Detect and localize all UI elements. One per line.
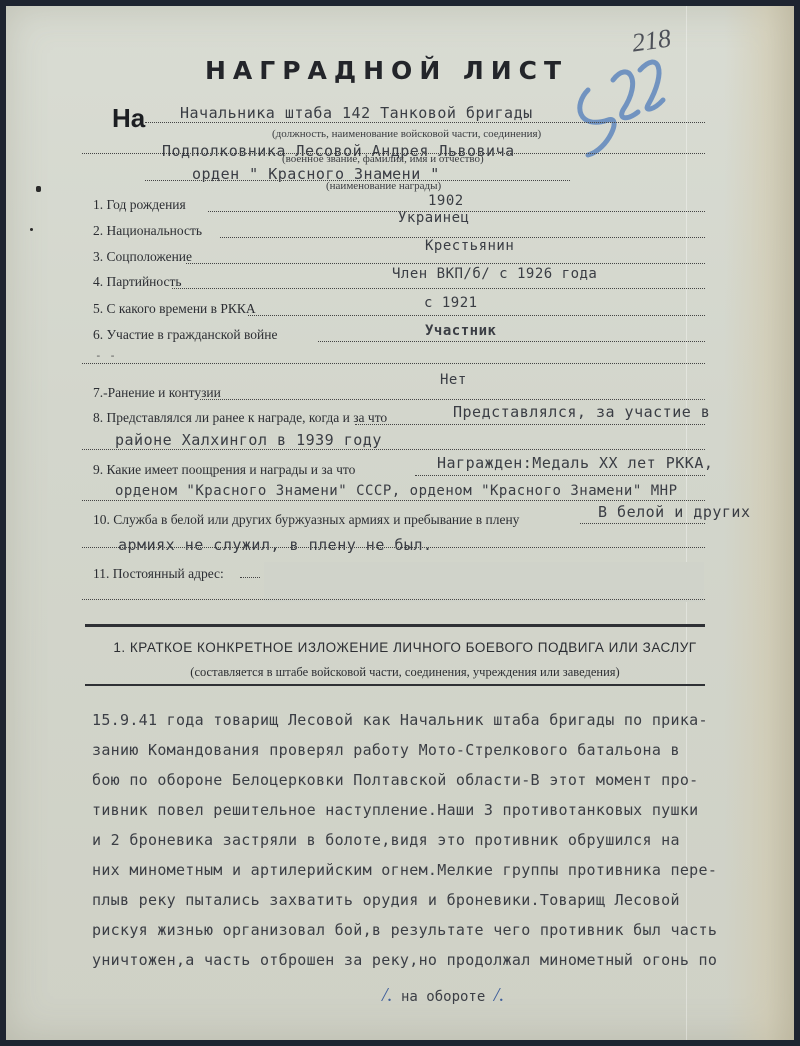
field-label: 3. Соцположение — [93, 249, 192, 265]
section-bottom-rule — [85, 684, 705, 686]
field-continuation: армиях не служил, в плену не был. — [118, 536, 433, 554]
narrative-line: рискуя жизнью организовал бой,в результа… — [92, 921, 717, 939]
narrative-line: тивник повел решительное наступление.Наш… — [92, 801, 699, 819]
redacted-address-block — [264, 562, 704, 602]
field-label: 10. Служба в белой или других буржуазных… — [93, 512, 519, 528]
continued-overleaf-note: /. на обороте /. — [382, 984, 504, 1007]
field-line — [186, 263, 705, 264]
narrative-line: уничтожен,а часть отброшен за реку,но пр… — [92, 951, 717, 969]
field-label: 5. С какого времени в РККА — [93, 301, 256, 317]
position-line — [145, 122, 705, 123]
blue-slash-mark-icon: /. — [494, 984, 505, 1006]
field-line — [248, 315, 705, 316]
narrative-line: занию Командования проверял работу Мото-… — [92, 741, 680, 759]
section-title: 1. КРАТКОЕ КОНКРЕТНОЕ ИЗЛОЖЕНИЕ ЛИЧНОГО … — [100, 640, 710, 655]
field-label: 2. Национальность — [93, 223, 202, 239]
field-value: 1902 — [428, 193, 464, 209]
field-value: Член ВКП/б/ с 1926 года — [392, 266, 597, 282]
position-value: Начальника штаба 142 Танковой бригады — [180, 104, 533, 122]
field-line — [318, 341, 705, 342]
position-hint: (должность, наименование войсковой части… — [272, 128, 541, 140]
section-top-rule — [85, 624, 705, 627]
overleaf-text: на обороте — [401, 989, 485, 1005]
field-line — [82, 449, 705, 450]
field-line — [355, 424, 705, 425]
document-title: НАГРАДНОЙ ЛИСТ — [205, 56, 568, 85]
field-line — [200, 399, 705, 400]
narrative-line: бою по обороне Белоцерковки Полтавской о… — [92, 771, 699, 789]
field-line — [240, 577, 260, 578]
person-hint: (военное звание, фамилия, имя и отчество… — [282, 153, 484, 165]
paper-fold-shading — [724, 6, 794, 1040]
na-label: На — [112, 103, 145, 134]
field-value: с 1921 — [424, 295, 478, 311]
field-continuation: районе Халхингол в 1939 году — [115, 431, 382, 449]
paper-hole — [36, 186, 41, 192]
field-line — [82, 500, 705, 501]
field-value: Нет — [440, 372, 467, 388]
field-label: 6. Участие в гражданской войне — [93, 327, 277, 343]
narrative-line: плыв реку пытались захватить орудия и бр… — [92, 891, 680, 909]
award-hint: (наименование награды) — [326, 180, 441, 192]
field-line — [82, 363, 705, 364]
narrative-line: и 2 броневика застряли в болоте,видя это… — [92, 831, 680, 849]
field-value: Украинец — [398, 210, 469, 226]
field-value: В белой и других — [598, 503, 751, 521]
field-label: 11. Постоянный адрес: — [93, 566, 224, 582]
field-value: Участник — [425, 323, 496, 339]
field-label: 9. Какие имеет поощрения и награды и за … — [93, 462, 355, 478]
blue-slash-mark-icon: /. — [382, 984, 393, 1006]
field-value: Представлялся, за участие в — [453, 403, 710, 421]
narrative-line: 15.9.41 года товарищ Лесовой как Начальн… — [92, 711, 708, 729]
field-label: 8. Представлялся ли ранее к награде, ког… — [93, 410, 387, 426]
field-continuation: орденом "Красного Знамени" СССР, орденом… — [115, 483, 678, 499]
field-line — [82, 599, 705, 600]
field-label: 1. Год рождения — [93, 197, 186, 213]
section-subtitle: (составляется в штабе войсковой части, с… — [100, 665, 710, 680]
field-continuation: - - — [95, 349, 116, 362]
field-value: Крестьянин — [425, 238, 514, 254]
blue-ink-archive-mark-icon — [568, 50, 678, 160]
paper-hole — [30, 228, 33, 231]
field-line — [82, 547, 705, 548]
field-label: 4. Партийность — [93, 274, 182, 290]
field-line — [172, 288, 705, 289]
field-line — [415, 475, 705, 476]
field-line — [580, 523, 705, 524]
field-value: Награжден:Медаль XX лет РККА, — [437, 454, 713, 472]
narrative-line: них минометным и артилерийским огнем.Мел… — [92, 861, 717, 879]
